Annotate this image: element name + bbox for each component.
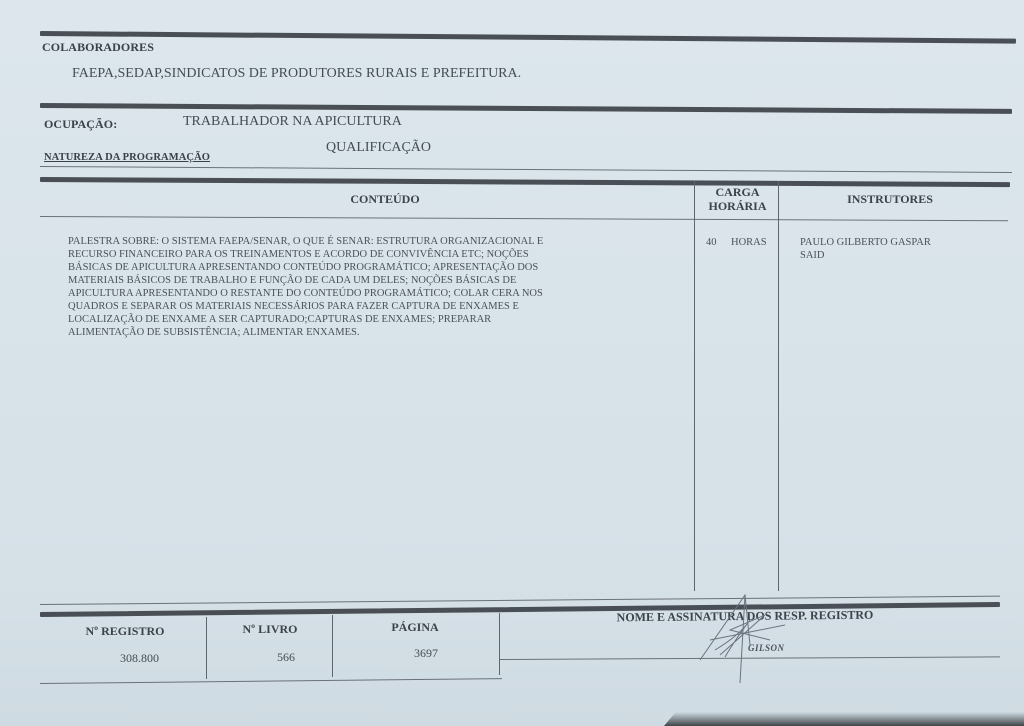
conteudo-line: QUADROS E SEPARAR OS MATERIAIS NECESSÁRI… (68, 300, 668, 313)
conteudo-line: MATERIAIS BÁSICOS DE TRABALHO E FUNÇÃO D… (68, 274, 668, 287)
carga-unidade: HORAS (731, 236, 767, 249)
page-edge-shadow (664, 712, 1024, 726)
conteudo-text: PALESTRA SOBRE: O SISTEMA FAEPA/SENAR, O… (68, 235, 668, 339)
section-rule (40, 103, 1012, 114)
registro-divider-3 (499, 613, 500, 675)
instrutor-line1: PAULO GILBERTO GASPAR (800, 236, 931, 249)
natureza-label: NATUREZA DA PROGRAMAÇÃO (44, 152, 210, 163)
conteudo-line: LOCALIZAÇÃO DE ENXAME A SER CAPTURADO;CA… (68, 313, 668, 326)
ocupacao-value: TRABALHADOR NA APICULTURA (183, 114, 402, 130)
registro-bottom-rule (40, 678, 502, 684)
certificate-back-page: COLABORADORES FAEPA,SEDAP,SINDICATOS DE … (0, 0, 1024, 726)
conteudo-line: RECURSO FINANCEIRO PARA OS TREINAMENTOS … (68, 248, 668, 261)
livro-label: Nº LIVRO (220, 623, 320, 636)
conteudo-line: ALIMENTAÇÃO DE SUBSISTÊNCIA; ALIMENTAR E… (68, 326, 668, 339)
ocupacao-label: OCUPAÇÃO: (44, 117, 117, 132)
carga-horas: 40 (706, 236, 717, 249)
registro-divider-2 (332, 615, 333, 677)
pagina-label: PÁGINA (360, 621, 470, 634)
table-header-divider (40, 216, 1008, 221)
column-divider-carga (694, 181, 695, 591)
signature-scribble (690, 585, 800, 685)
registro-value: 308.800 (120, 651, 159, 666)
pagina-value: 3697 (414, 646, 438, 661)
header-carga-line2: HORÁRIA (695, 200, 780, 213)
natureza-underline (40, 166, 1012, 173)
instrutor-line2: SAID (800, 249, 825, 262)
table-top-rule (40, 177, 1010, 187)
column-divider-instrutores (778, 181, 779, 591)
top-rule (40, 31, 1016, 44)
conteudo-line: APICULTURA APRESENTANDO O RESTANTE DO CO… (68, 287, 668, 300)
colaboradores-label: COLABORADORES (42, 40, 154, 55)
colaboradores-value: FAEPA,SEDAP,SINDICATOS DE PRODUTORES RUR… (72, 66, 521, 82)
assinatura-nome: GILSON (748, 643, 785, 653)
registro-divider-1 (206, 617, 207, 679)
conteudo-line: PALESTRA SOBRE: O SISTEMA FAEPA/SENAR, O… (68, 235, 668, 248)
natureza-value: QUALIFICAÇÃO (326, 140, 431, 156)
registro-label: Nº REGISTRO (60, 625, 190, 638)
header-carga-line1: CARGA (695, 186, 780, 199)
header-conteudo: CONTEÚDO (300, 193, 470, 206)
header-instrutores: INSTRUTORES (800, 193, 980, 206)
livro-value: 566 (277, 650, 295, 665)
conteudo-line: BÁSICAS DE APICULTURA APRESENTANDO CONTE… (68, 261, 668, 274)
